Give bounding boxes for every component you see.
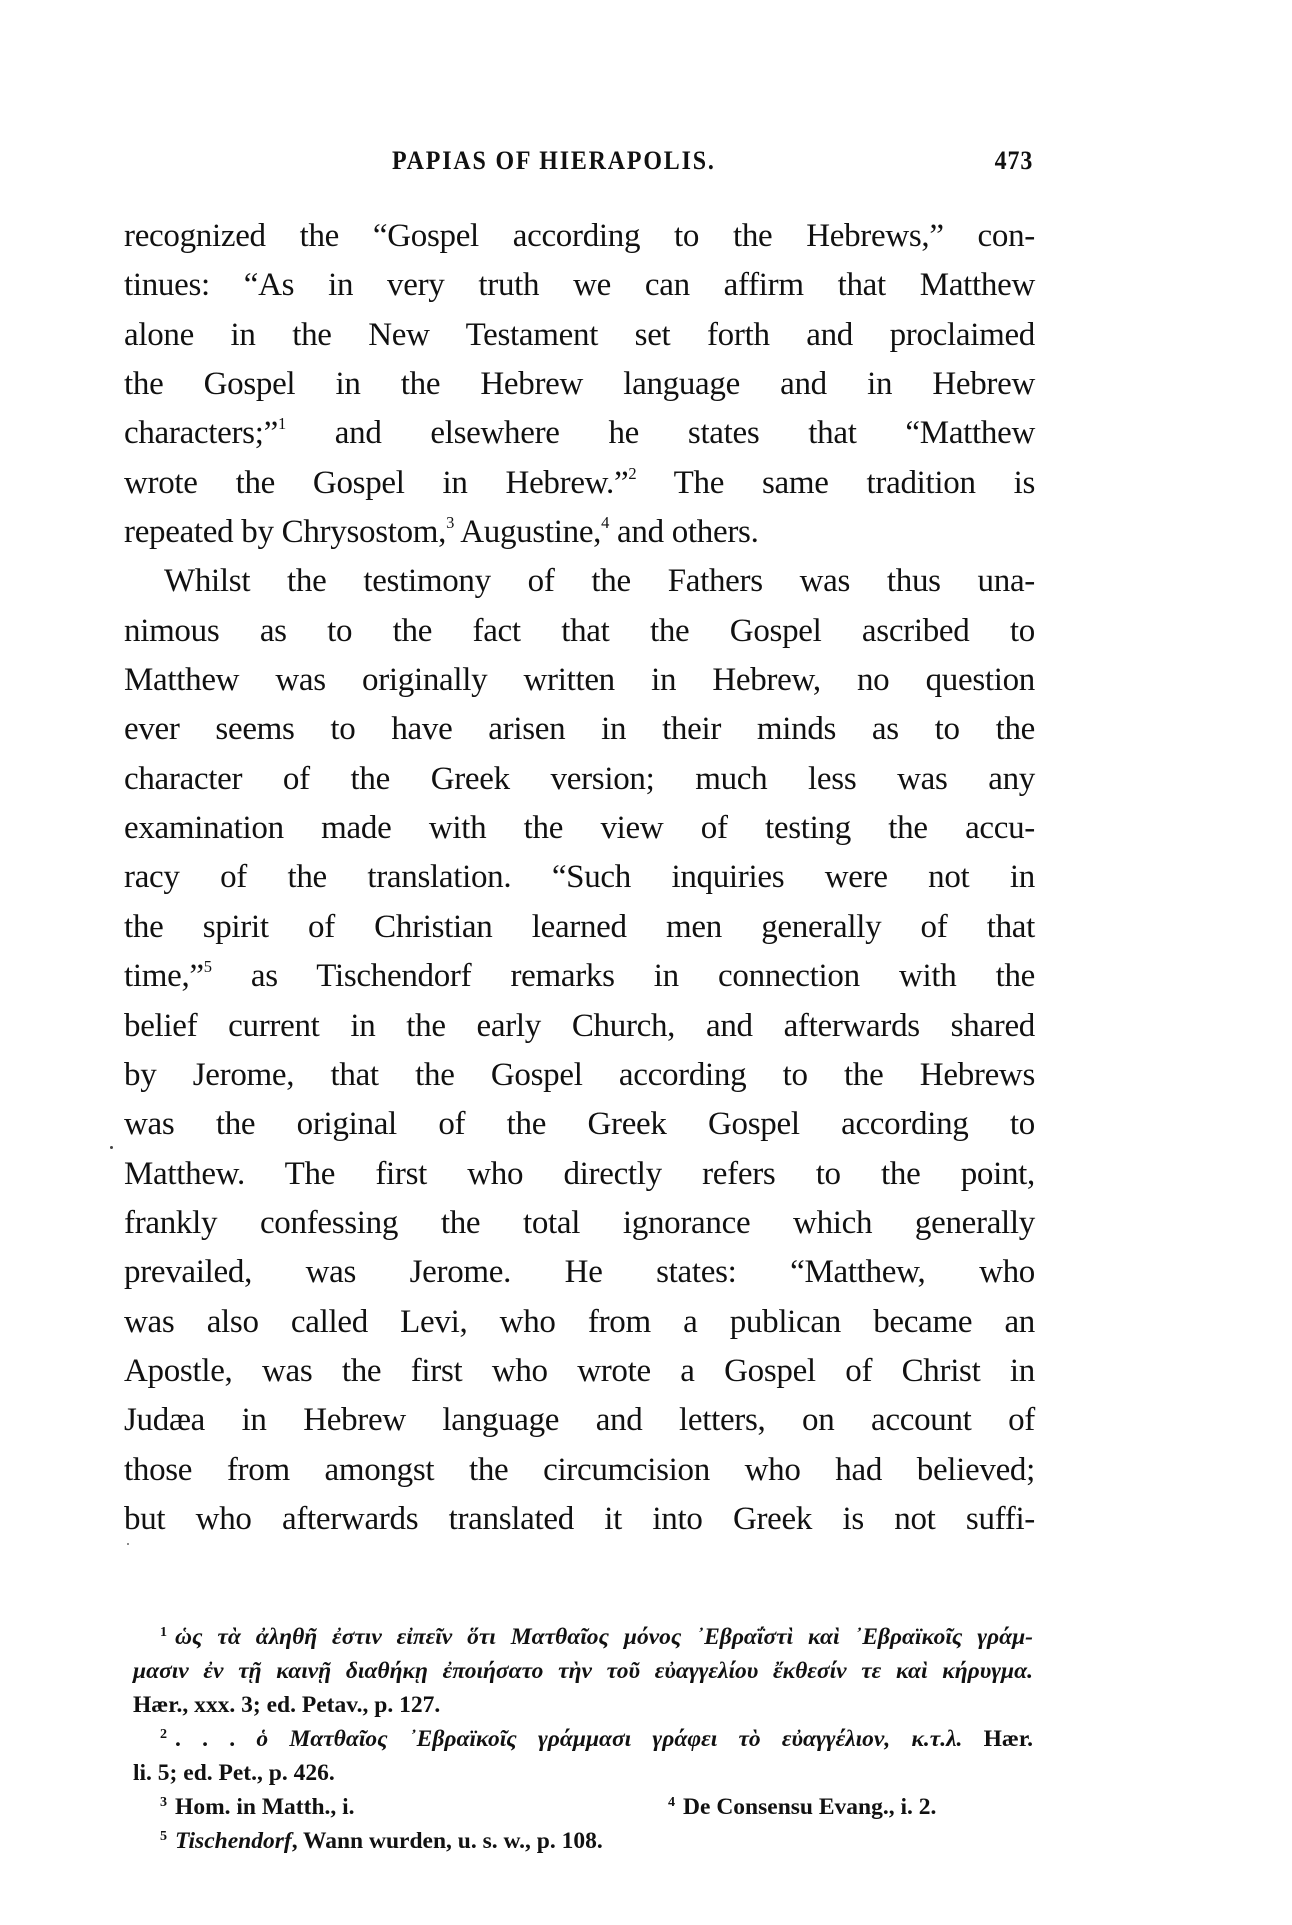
- greek-quote: ὁ Ματθαῖος ᾿Εβραϊκοῖς γράμμασι γράφει τὸ…: [256, 1726, 962, 1752]
- ellipsis: . . .: [175, 1726, 256, 1752]
- footnote-1-cont: μασιν ἐν τῇ καινῇ διαθήκῃ ἐποιήσατο τὴν …: [133, 1654, 1033, 1688]
- text-span: and elsewhere he states that “Matthew: [286, 415, 1035, 451]
- text-line: ever seems to have arisen in their minds…: [124, 705, 1035, 754]
- footnote-ref-1[interactable]: 1: [278, 414, 286, 433]
- footnote-1-citation: Hær., xxx. 3; ed. Petav., p. 127.: [133, 1688, 1033, 1722]
- text-line: was also called Levi, who from a publica…: [124, 1298, 1035, 1347]
- text-line: but who afterwards translated it into Gr…: [124, 1495, 1035, 1544]
- text-span: wrote the Gospel in Hebrew.”: [124, 465, 628, 501]
- text-line: time,”5 as Tischendorf remarks in connec…: [124, 952, 1035, 1001]
- text-line: those from amongst the circumcision who …: [124, 1446, 1035, 1495]
- text-line: by Jerome, that the Gospel according to …: [124, 1051, 1035, 1100]
- text-line: Judæa in Hebrew language and letters, on…: [124, 1396, 1035, 1445]
- text-span: Augustine,: [454, 514, 601, 550]
- citation: , Wann wurden, u. s. w., p. 108.: [292, 1828, 603, 1854]
- text-line: characters;”1 and elsewhere he states th…: [124, 409, 1035, 458]
- text-span: and others.: [609, 514, 758, 550]
- text-span: repeated by Chrysostom,: [124, 514, 446, 550]
- footnote-marker-2: 2: [160, 1726, 167, 1742]
- footnote-3-4-row: 3Hom. in Matth., i. 4De Consensu Evang.,…: [133, 1790, 1033, 1824]
- text-span: characters;”: [124, 415, 278, 451]
- footnote-marker-1: 1: [160, 1624, 167, 1640]
- text-line: examination made with the view of testin…: [124, 804, 1035, 853]
- text-line: was the original of the Greek Gospel acc…: [124, 1100, 1035, 1149]
- footnote-ref-5[interactable]: 5: [204, 957, 212, 976]
- margin-speck: [110, 1146, 113, 1149]
- page-number: 473: [995, 146, 1034, 176]
- body-text: recognized the “Gospel according to the …: [124, 212, 1035, 1544]
- footnote-4: 4De Consensu Evang., i. 2.: [668, 1790, 936, 1824]
- paragraph-start-line: Whilst the testimony of the Fathers was …: [124, 557, 1035, 606]
- citation: Hær.: [962, 1726, 1033, 1752]
- text-line: the spirit of Christian learned men gene…: [124, 903, 1035, 952]
- text-line: character of the Greek version; much les…: [124, 755, 1035, 804]
- citation: De Consensu Evang., i. 2.: [683, 1794, 936, 1820]
- footnote-3: 3Hom. in Matth., i.: [160, 1790, 355, 1824]
- text-line: Apostle, was the first who wrote a Gospe…: [124, 1347, 1035, 1396]
- text-line: racy of the translation. “Such inquiries…: [124, 853, 1035, 902]
- text-line: nimous as to the fact that the Gospel as…: [124, 607, 1035, 656]
- footnote-marker-3: 3: [160, 1794, 167, 1810]
- margin-speck: [127, 1543, 129, 1545]
- greek-quote: ὡς τὰ ἀληθῆ ἐστιν εἰπεῖν ὅτι Ματθαῖος μό…: [175, 1624, 1033, 1650]
- greek-quote: μασιν ἐν τῇ καινῇ διαθήκῃ ἐποιήσατο τὴν …: [133, 1658, 1033, 1684]
- text-span: time,”: [124, 958, 204, 994]
- text-line: prevailed, was Jerome. He states: “Matth…: [124, 1248, 1035, 1297]
- footnote-2: 2. . . ὁ Ματθαῖος ᾿Εβραϊκοῖς γράμμασι γρ…: [133, 1722, 1033, 1756]
- text-span: as Tischendorf remarks in connection wit…: [212, 958, 1035, 994]
- text-line: frankly confessing the total ignorance w…: [124, 1199, 1035, 1248]
- footnote-marker-4: 4: [668, 1794, 675, 1810]
- citation: Hom. in Matth., i.: [175, 1794, 355, 1820]
- text-line: Matthew was originally written in Hebrew…: [124, 656, 1035, 705]
- footnote-marker-5: 5: [160, 1828, 167, 1844]
- running-head: PAPIAS OF HIERAPOLIS. 473: [392, 146, 990, 176]
- footnote-ref-3[interactable]: 3: [446, 513, 454, 532]
- author-name: Tischendorf: [175, 1828, 292, 1854]
- footnote-1: 1ὡς τὰ ἀληθῆ ἐστιν εἰπεῖν ὅτι Ματθαῖος μ…: [133, 1620, 1033, 1654]
- text-line: belief current in the early Church, and …: [124, 1002, 1035, 1051]
- text-line: wrote the Gospel in Hebrew.”2 The same t…: [124, 459, 1035, 508]
- text-line: Matthew. The first who directly refers t…: [124, 1150, 1035, 1199]
- footnote-ref-4[interactable]: 4: [601, 513, 609, 532]
- running-title: PAPIAS OF HIERAPOLIS.: [392, 146, 716, 176]
- text-span: The same tradition is: [636, 465, 1035, 501]
- text-line: tinues: “As in very truth we can affirm …: [124, 261, 1035, 310]
- footnote-5: 5Tischendorf, Wann wurden, u. s. w., p. …: [133, 1824, 1033, 1858]
- footnotes: 1ὡς τὰ ἀληθῆ ἐστιν εἰπεῖν ὅτι Ματθαῖος μ…: [133, 1620, 1033, 1858]
- footnote-2-citation: li. 5; ed. Pet., p. 426.: [133, 1756, 1033, 1790]
- text-line: repeated by Chrysostom,3 Augustine,4 and…: [124, 508, 1035, 557]
- text-line: alone in the New Testament set forth and…: [124, 311, 1035, 360]
- text-line: recognized the “Gospel according to the …: [124, 212, 1035, 261]
- text-line: the Gospel in the Hebrew language and in…: [124, 360, 1035, 409]
